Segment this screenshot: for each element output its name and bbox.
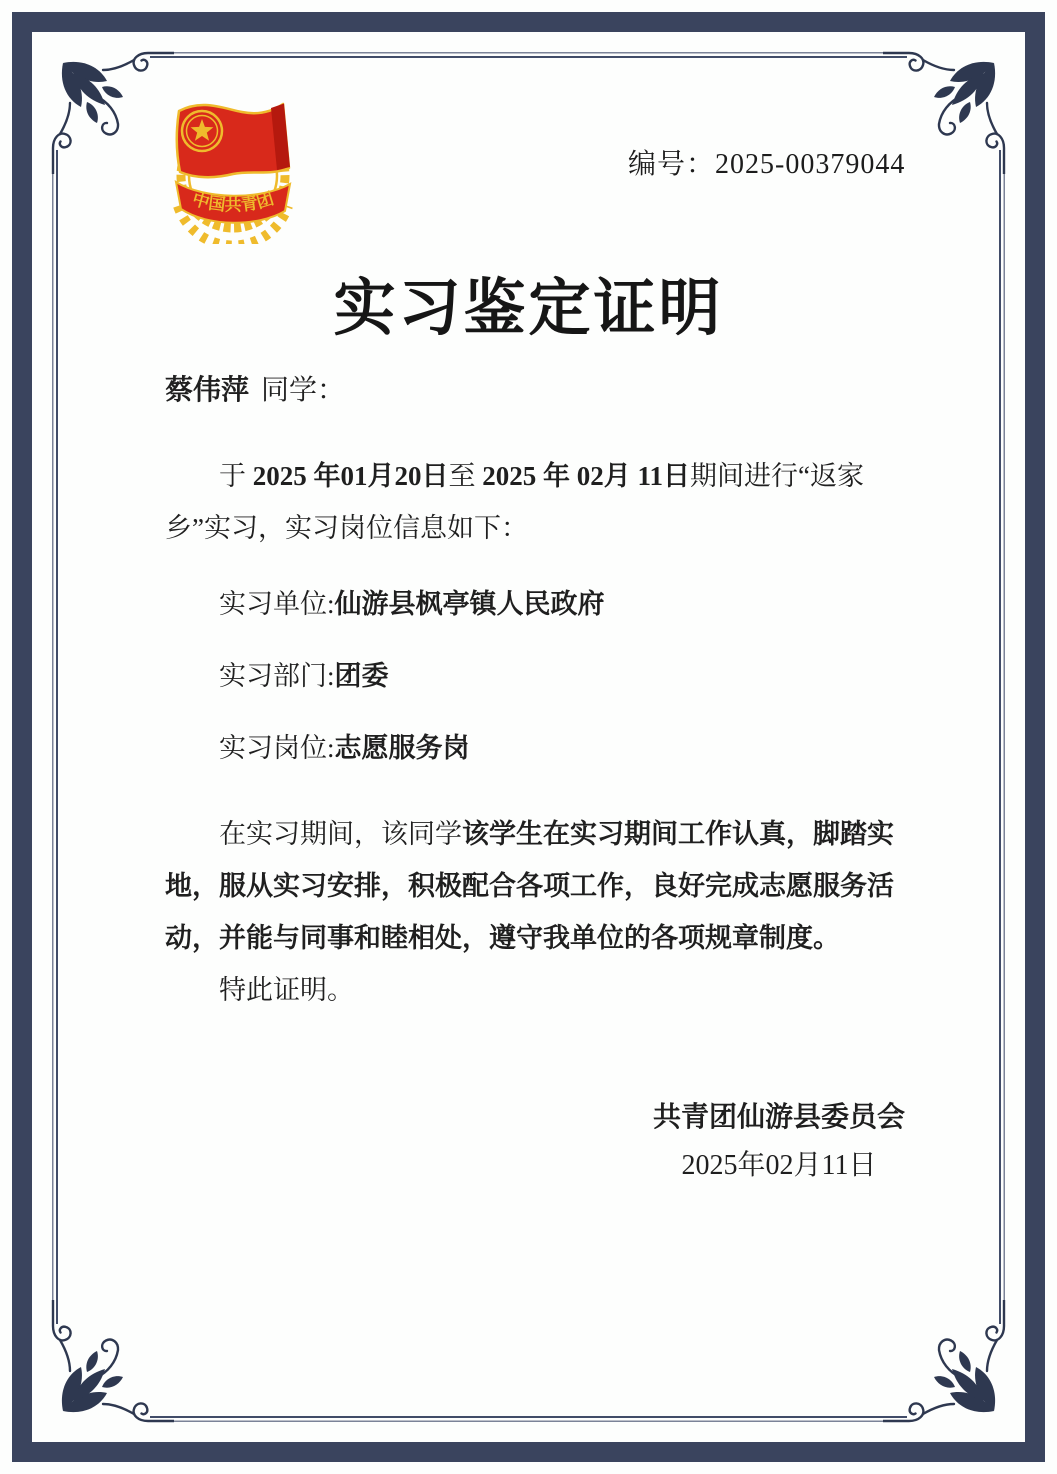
unit-label: 实习单位: (219, 589, 335, 619)
document-body: 蔡伟萍同学： 于 2025 年01月20日至 2025 年 02月 11日期间进… (165, 368, 907, 1190)
closing-statement: 特此证明。 (165, 964, 907, 1016)
student-name: 蔡伟萍 (165, 375, 249, 406)
certificate-page: 中国共青团 编号：2025-00379044 实习鉴定证明 蔡伟萍同学： 于 2… (0, 0, 1057, 1474)
corner-flourish-icon (44, 1300, 174, 1430)
salutation-line: 蔡伟萍同学： (165, 368, 907, 414)
signature-block: 共青团仙游县委员会 2025年02月11日 (653, 1094, 905, 1190)
signature-organization: 共青团仙游县委员会 (653, 1094, 905, 1142)
emblem-banner-text: 中国共青团 (190, 189, 276, 215)
salutation-suffix: 同学： (261, 375, 345, 406)
post-label: 实习岗位: (219, 733, 335, 763)
cyl-emblem-icon: 中国共青团 (150, 84, 315, 244)
intro-paragraph: 于 2025 年01月20日至 2025 年 02月 11日期间进行“返家乡”实… (165, 450, 907, 554)
internship-post-line: 实习岗位:志愿服务岗 (165, 726, 907, 770)
department-label: 实习部门: (219, 661, 335, 691)
internship-department-line: 实习部门:团委 (165, 654, 907, 698)
certificate-title: 实习鉴定证明 (0, 258, 1057, 347)
unit-value: 仙游县枫亭镇人民政府 (335, 589, 605, 619)
internship-unit-line: 实习单位:仙游县枫亭镇人民政府 (165, 582, 907, 626)
post-value: 志愿服务岗 (335, 733, 470, 763)
evaluation-paragraph: 在实习期间，该同学该学生在实习期间工作认真，脚踏实地，服从实习安排，积极配合各项… (165, 808, 907, 964)
inner-frame-line-top (150, 52, 907, 58)
serial-number: 编号：2025-00379044 (628, 142, 905, 182)
svg-text:中国共青团: 中国共青团 (190, 189, 276, 215)
inner-frame-line-bottom (150, 1416, 907, 1422)
department-value: 团委 (335, 661, 389, 691)
signature-date: 2025年02月11日 (653, 1142, 905, 1190)
corner-flourish-icon (883, 1300, 1013, 1430)
